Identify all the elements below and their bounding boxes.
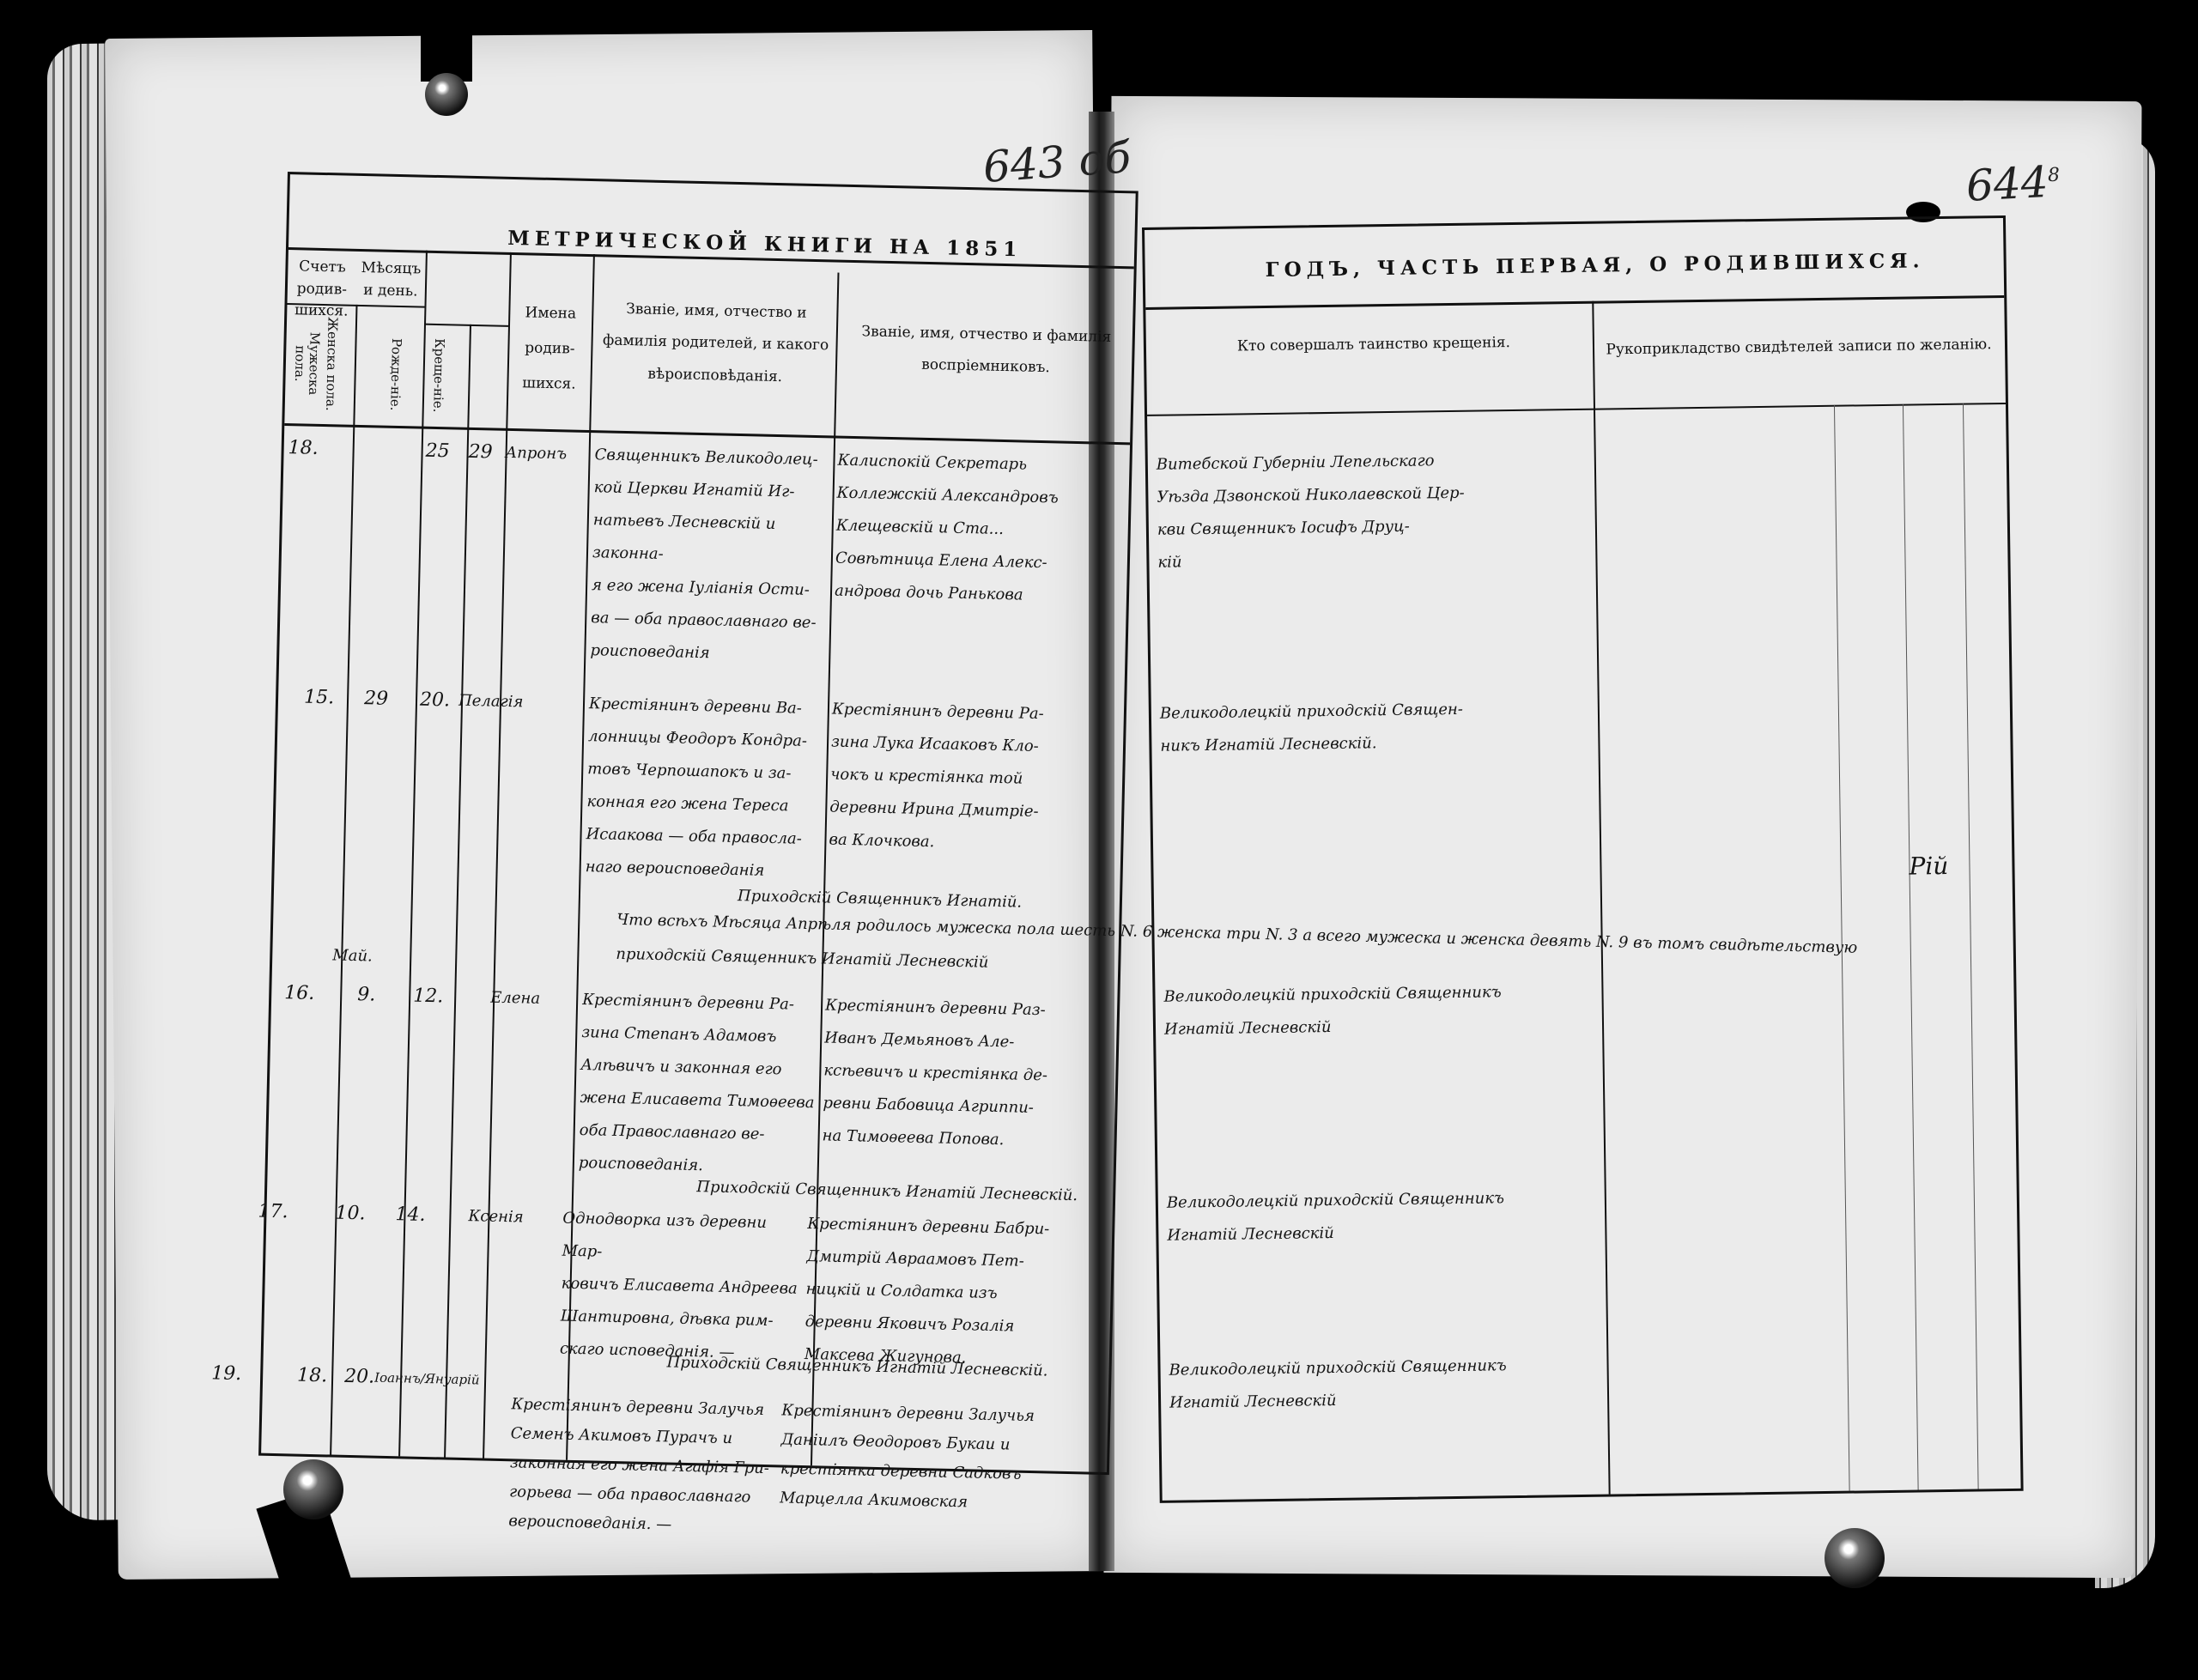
entry-name: Пелагія [458, 685, 524, 719]
column-header-parents: Званіе, имя, отчество и фамилія родителе… [598, 293, 832, 394]
entry-baptism-day: 20. [420, 684, 451, 718]
entry-baptism-day: 20. [344, 1361, 375, 1394]
entry-parents: Священникъ Великодолец- кой Церкви Игнат… [590, 439, 835, 672]
divider [330, 305, 357, 1455]
clip-bottom-right-icon [1825, 1528, 1885, 1588]
note-month: Май. [332, 939, 373, 973]
page-number-right-value: 644 [1965, 157, 2049, 211]
entry-birth-day: 9. [357, 979, 376, 1011]
entry-baptism-day: 14. [395, 1198, 426, 1232]
entry-parents: Крестіянинъ деревни Ра- зина Степанъ Ада… [578, 984, 823, 1185]
entry-officiant: Великодолецкій приходскій Священникъ Игн… [1163, 974, 1645, 1046]
divider [1147, 403, 2006, 416]
column-header-baptism: Креще-ніе. [431, 332, 447, 418]
column-header-names: Имена родив-шихся. [510, 295, 590, 402]
entry-birth-day: 29 [364, 682, 389, 716]
clip-stem [421, 0, 472, 82]
divider [1903, 404, 1919, 1490]
entry-name: Ксенія [468, 1200, 524, 1234]
marginal-note: Рій [1909, 850, 1948, 883]
entry-male-no: 15. [304, 682, 335, 715]
divider [483, 252, 512, 1459]
entry-godparents: Калиспокій Секретарь Коллежскій Александ… [835, 445, 1130, 615]
divider [398, 251, 428, 1457]
entry-birth-day: 18. [297, 1360, 328, 1393]
column-header-officiant: Кто совершалъ таинство крещенія. [1163, 331, 1584, 359]
divider [444, 324, 471, 1458]
column-header-godparents: Званіе, имя, отчество и фамилія воспріем… [844, 316, 1129, 386]
entry-godparents: Крестіянинъ деревни Ра- зина Лука Исаако… [829, 694, 1124, 864]
entry-male-no: 19. [211, 1357, 242, 1391]
page-number-right: 6448 [1965, 156, 2061, 211]
entry-name: Апронъ [505, 437, 567, 471]
clip-bottom-left-icon [283, 1459, 343, 1519]
clip-stem [1846, 1580, 1906, 1680]
clip-top-left-icon [425, 73, 468, 116]
divider [1145, 295, 2004, 310]
entry-male-no: 18. [288, 432, 319, 465]
entry-officiant: Великодолецкій приходскій Священникъ Игн… [1169, 1348, 1650, 1420]
divider [1834, 405, 1850, 1491]
entry-officiant: Великодолецкій приходскій Священникъ Игн… [1167, 1180, 1648, 1252]
entry-godparents: Крестіянинъ деревни Раз- Иванъ Демьяновъ… [822, 989, 1117, 1159]
entry-parents: Крестіянинъ деревни Залучья Семенъ Акимо… [508, 1390, 786, 1542]
column-header-date: Мѣсяцъ и день. [361, 258, 422, 303]
page-number-left: 643 об [981, 132, 1132, 192]
entry-name: Іоаннъ/Януарій [374, 1362, 480, 1397]
column-header-male: Мужеска пола. [292, 312, 323, 415]
right-page-title: ГОДЪ, ЧАСТЬ ПЕРВАЯ, О РОДИВШИХСЯ. [1266, 249, 1925, 282]
entry-officiant: Витебской Губерніи Лепельскаго Уѣзда Дзв… [1157, 442, 1639, 579]
entry-male-no: 16. [284, 977, 315, 1010]
divider [1963, 403, 1979, 1489]
divider [424, 324, 508, 327]
entry-parents: Однодворка изъ деревни Мар- ковичъ Елиса… [560, 1203, 812, 1372]
column-header-witnesses: Рукоприкладство свидѣтелей записи по жел… [1601, 325, 1997, 369]
entry-birth-day: 10. [335, 1198, 366, 1231]
entry-godparents: Крестіянинъ деревни Залучья Даніилъ Ѳеод… [780, 1396, 1066, 1519]
entry-officiant: Великодолецкій приходскій Священ- никъ И… [1160, 691, 1642, 763]
register-table-right: ГОДЪ, ЧАСТЬ ПЕРВАЯ, О РОДИВШИХСЯ. Кто со… [1142, 215, 2024, 1503]
entry-baptism-day: 29 [468, 436, 493, 470]
entry-parents: Крестіянинъ деревни Ва- лонницы Феодоръ … [585, 688, 829, 889]
entry-name: Елена [490, 982, 541, 1016]
column-header-birth: Рожде-ніе. [388, 331, 404, 417]
page-number-superscript: 8 [2047, 165, 2060, 187]
entry-male-no: 17. [258, 1196, 288, 1229]
register-table-left: МЕТРИЧЕСКОЙ КНИГИ НА 1851 Счетъ родив-ши… [258, 172, 1138, 1475]
column-header-female: Женска пола. [324, 312, 340, 415]
entry-baptism-day: 12. [413, 980, 444, 1014]
entry-birth-day: 25 [425, 435, 450, 469]
